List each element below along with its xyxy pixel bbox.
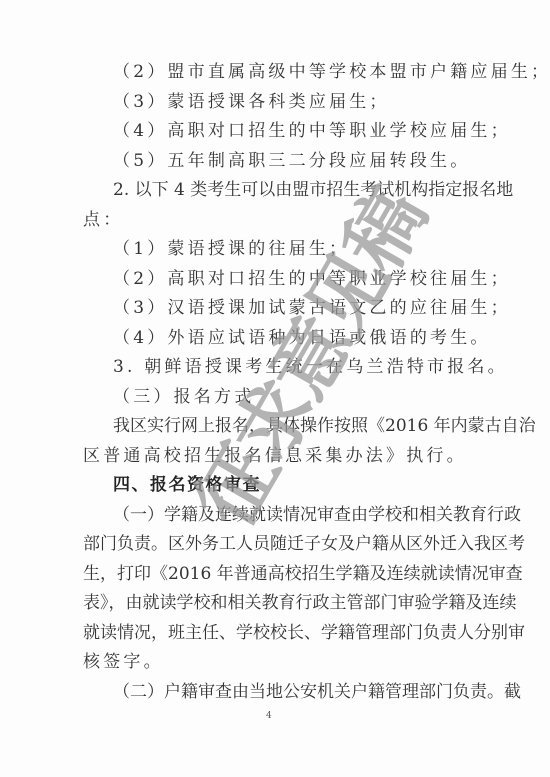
paragraph-student-status-review-line-6: 核签字。 — [83, 652, 465, 672]
paragraph-student-status-review-line-2: 部门负责。区外务工人员随迁子女及户籍从区外迁入我区考 — [83, 534, 465, 554]
list-item-mongolian-taught-graduates: （3）蒙语授课各科类应届生； — [113, 92, 465, 112]
paragraph-item-2-intro: 2. 以下 4 类考生可以由盟市招生考试机构指定报名地 — [113, 180, 465, 200]
paragraph-student-status-review-line-4: 表》，由就读学校和相关教育行政主管部门审验学籍及连续 — [83, 593, 465, 613]
list-item-chinese-taught-mongolian-test: （3）汉语授课加试蒙古语文乙的应往届生； — [113, 298, 465, 318]
section-heading-qualification-review: 四、报名资格审查 — [113, 475, 465, 495]
paragraph-item-3-korean: 3. 朝鲜语授课考生统一在乌兰浩特市报名。 — [113, 357, 465, 377]
paragraph-student-status-review: （一）学籍及连续就读情况审查由学校和相关教育行政 — [113, 505, 465, 525]
list-item-local-provincial-graduates: （2）盟市直属高级中等学校本盟市户籍应届生； — [113, 62, 465, 82]
page-number: 4 — [266, 711, 272, 721]
paragraph-online-registration-continuation: 区普通高校招生报名信息采集办法》执行。 — [83, 446, 465, 466]
list-item-mongolian-past-graduates: （1）蒙语授课的往届生； — [113, 239, 465, 259]
list-item-vocational-graduates: （4）高职对口招生的中等职业学校应届生； — [113, 121, 465, 141]
list-item-japanese-russian-exam: （4）外语应试语种为日语或俄语的考生。 — [113, 328, 465, 348]
paragraph-item-2-continuation: 点： — [83, 210, 465, 230]
paragraph-student-status-review-line-3: 生，打印《2016 年普通高校招生学籍及连续就读情况审查 — [83, 564, 465, 584]
document-page: （2）盟市直属高级中等学校本盟市户籍应届生； （3）蒙语授课各科类应届生； （4… — [0, 0, 550, 777]
list-item-five-year-transfer: （5）五年制高职三二分段应届转段生。 — [113, 151, 465, 171]
list-item-vocational-past-graduates: （2）高职对口招生的中等职业学校往届生； — [113, 269, 465, 289]
paragraph-household-registration-review: （二）户籍审查由当地公安机关户籍管理部门负责。截 — [113, 682, 465, 702]
paragraph-student-status-review-line-5: 就读情况，班主任、学校校长、学籍管理部门负责人分别审 — [83, 623, 465, 643]
paragraph-online-registration: 我区实行网上报名，具体操作按照《2016 年内蒙古自治 — [113, 416, 465, 436]
section-subheading-registration-method: （三）报名方式 — [113, 387, 465, 407]
